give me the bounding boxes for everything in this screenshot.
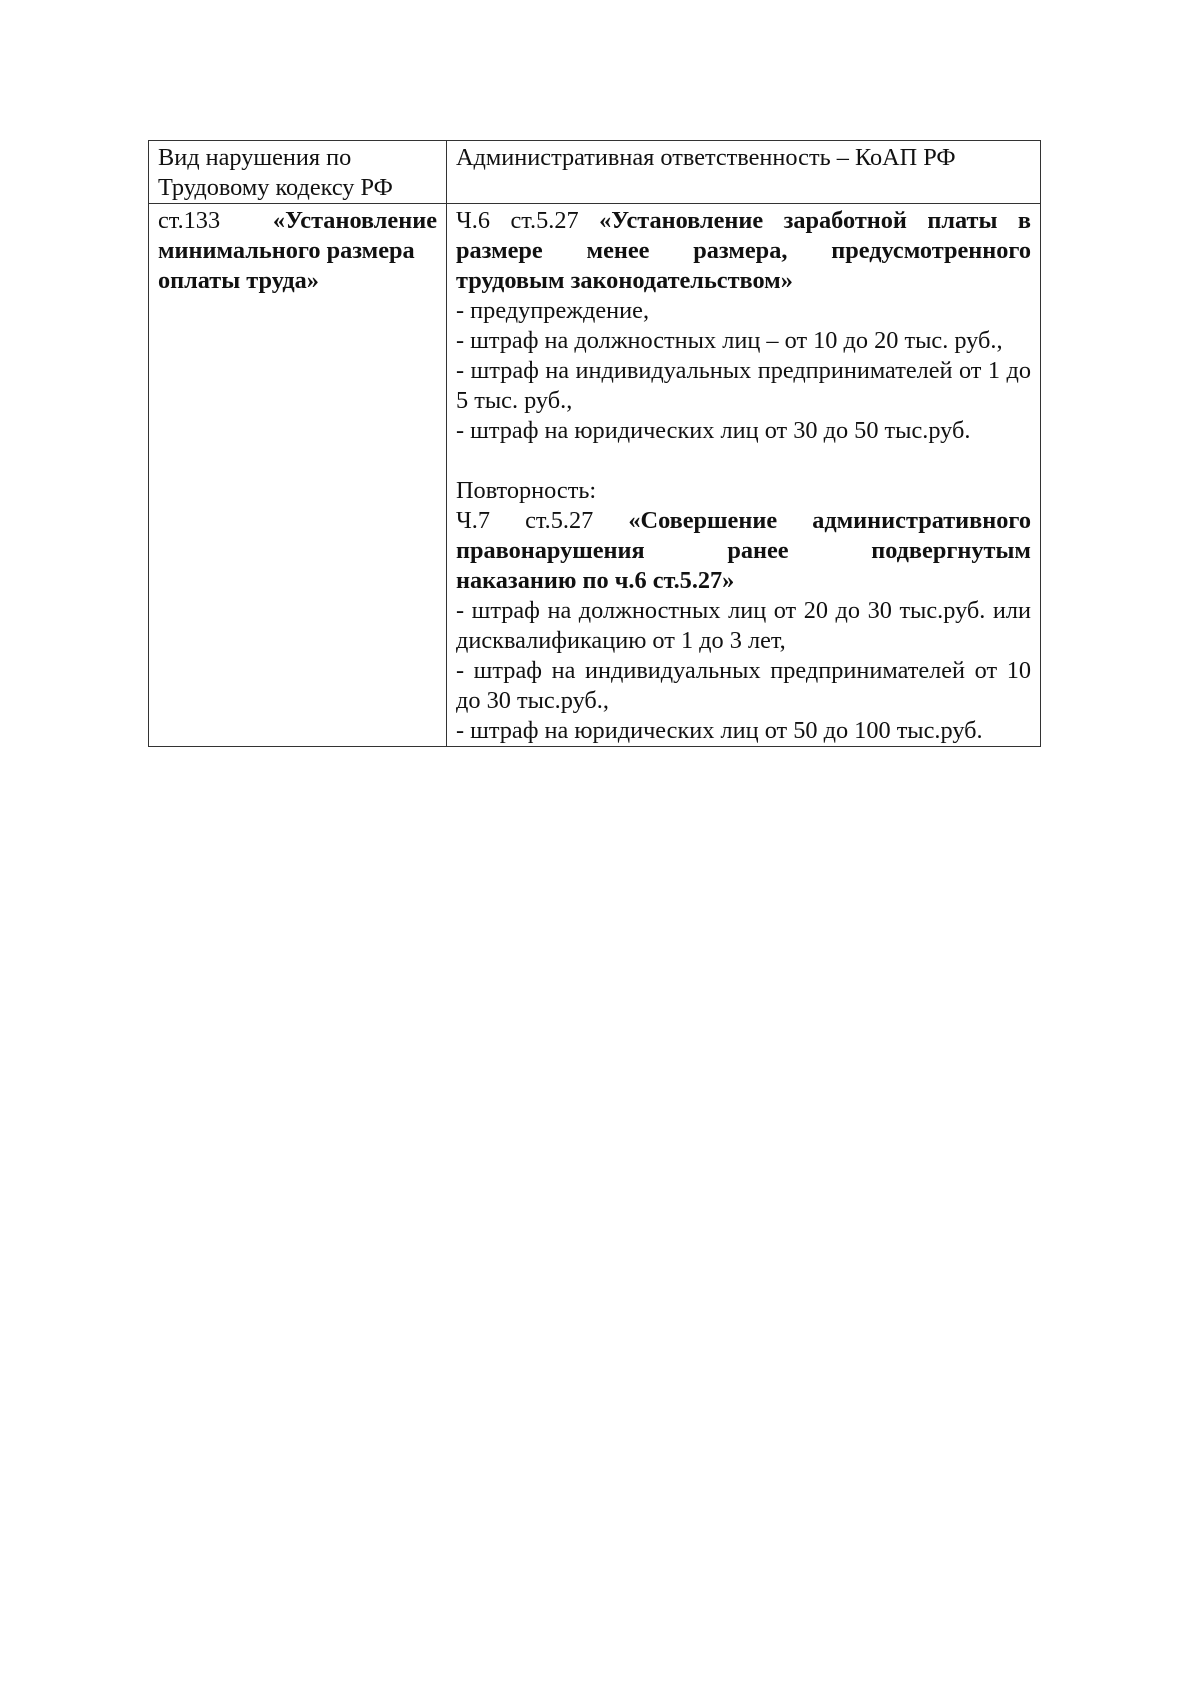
part7-ref: Ч.7 ст.5.27	[456, 507, 593, 534]
part6-title-line-1: «Установление заработной платы в	[599, 207, 1031, 234]
part7-first-line: Ч.7 ст.5.27 «Совершение административног…	[456, 506, 1031, 536]
table-row: ст.133 «Установление минимального размер…	[149, 204, 1041, 747]
article-prefix: ст.133	[158, 207, 220, 234]
header-cell-administrative-liability: Административная ответственность – КоАП …	[447, 141, 1041, 204]
table-header-row: Вид нарушения по Трудовому кодексу РФ Ад…	[149, 141, 1041, 204]
header-cell-violation-type: Вид нарушения по Трудовому кодексу РФ	[149, 141, 447, 204]
part7-penalty-2: - штраф на индивидуальных предпринимател…	[456, 656, 1031, 716]
part6-title-line-3: трудовым законодательством»	[456, 266, 1031, 296]
repeat-label: Повторность:	[456, 476, 1031, 506]
part6-penalty-2: - штраф на должностных лиц – от 10 до 20…	[456, 326, 1031, 356]
part6-first-line: Ч.6 ст.5.27 «Установление заработной пла…	[456, 206, 1031, 236]
part6-penalty-4: - штраф на юридических лиц от 30 до 50 т…	[456, 416, 1031, 446]
article-title-line-3: оплаты труда»	[158, 266, 437, 296]
article-first-line: ст.133 «Установление	[158, 206, 437, 236]
article-title-line-1: «Установление	[273, 207, 437, 234]
part6-penalty-1: - предупреждение,	[456, 296, 1031, 326]
document-page: Вид нарушения по Трудовому кодексу РФ Ад…	[0, 0, 1190, 1684]
article-title-line-2: минимального размера	[158, 236, 437, 266]
part6-ref: Ч.6 ст.5.27	[456, 207, 579, 234]
part7-title-line-2: правонарушения ранее подвергнутым	[456, 536, 1031, 566]
spacer	[456, 446, 1031, 476]
header-col2-text: Административная ответственность – КоАП …	[456, 143, 1031, 173]
part6-penalty-3: - штраф на индивидуальных предпринимател…	[456, 356, 1031, 416]
part7-title-line-3: наказанию по ч.6 ст.5.27»	[456, 566, 1031, 596]
part7-penalty-3: - штраф на юридических лиц от 50 до 100 …	[456, 716, 1031, 746]
header-col1-line-2: Трудовому кодексу РФ	[158, 173, 437, 203]
part7-title-line-1: «Совершение административного	[628, 507, 1031, 534]
header-col1-line-1: Вид нарушения по	[158, 143, 437, 173]
part7-penalty-1: - штраф на должностных лиц от 20 до 30 т…	[456, 596, 1031, 656]
cell-koap-liability: Ч.6 ст.5.27 «Установление заработной пла…	[447, 204, 1041, 747]
violations-table: Вид нарушения по Трудовому кодексу РФ Ад…	[148, 140, 1041, 747]
cell-labor-code-article: ст.133 «Установление минимального размер…	[149, 204, 447, 747]
part6-title-line-2: размере менее размера, предусмотренного	[456, 236, 1031, 266]
